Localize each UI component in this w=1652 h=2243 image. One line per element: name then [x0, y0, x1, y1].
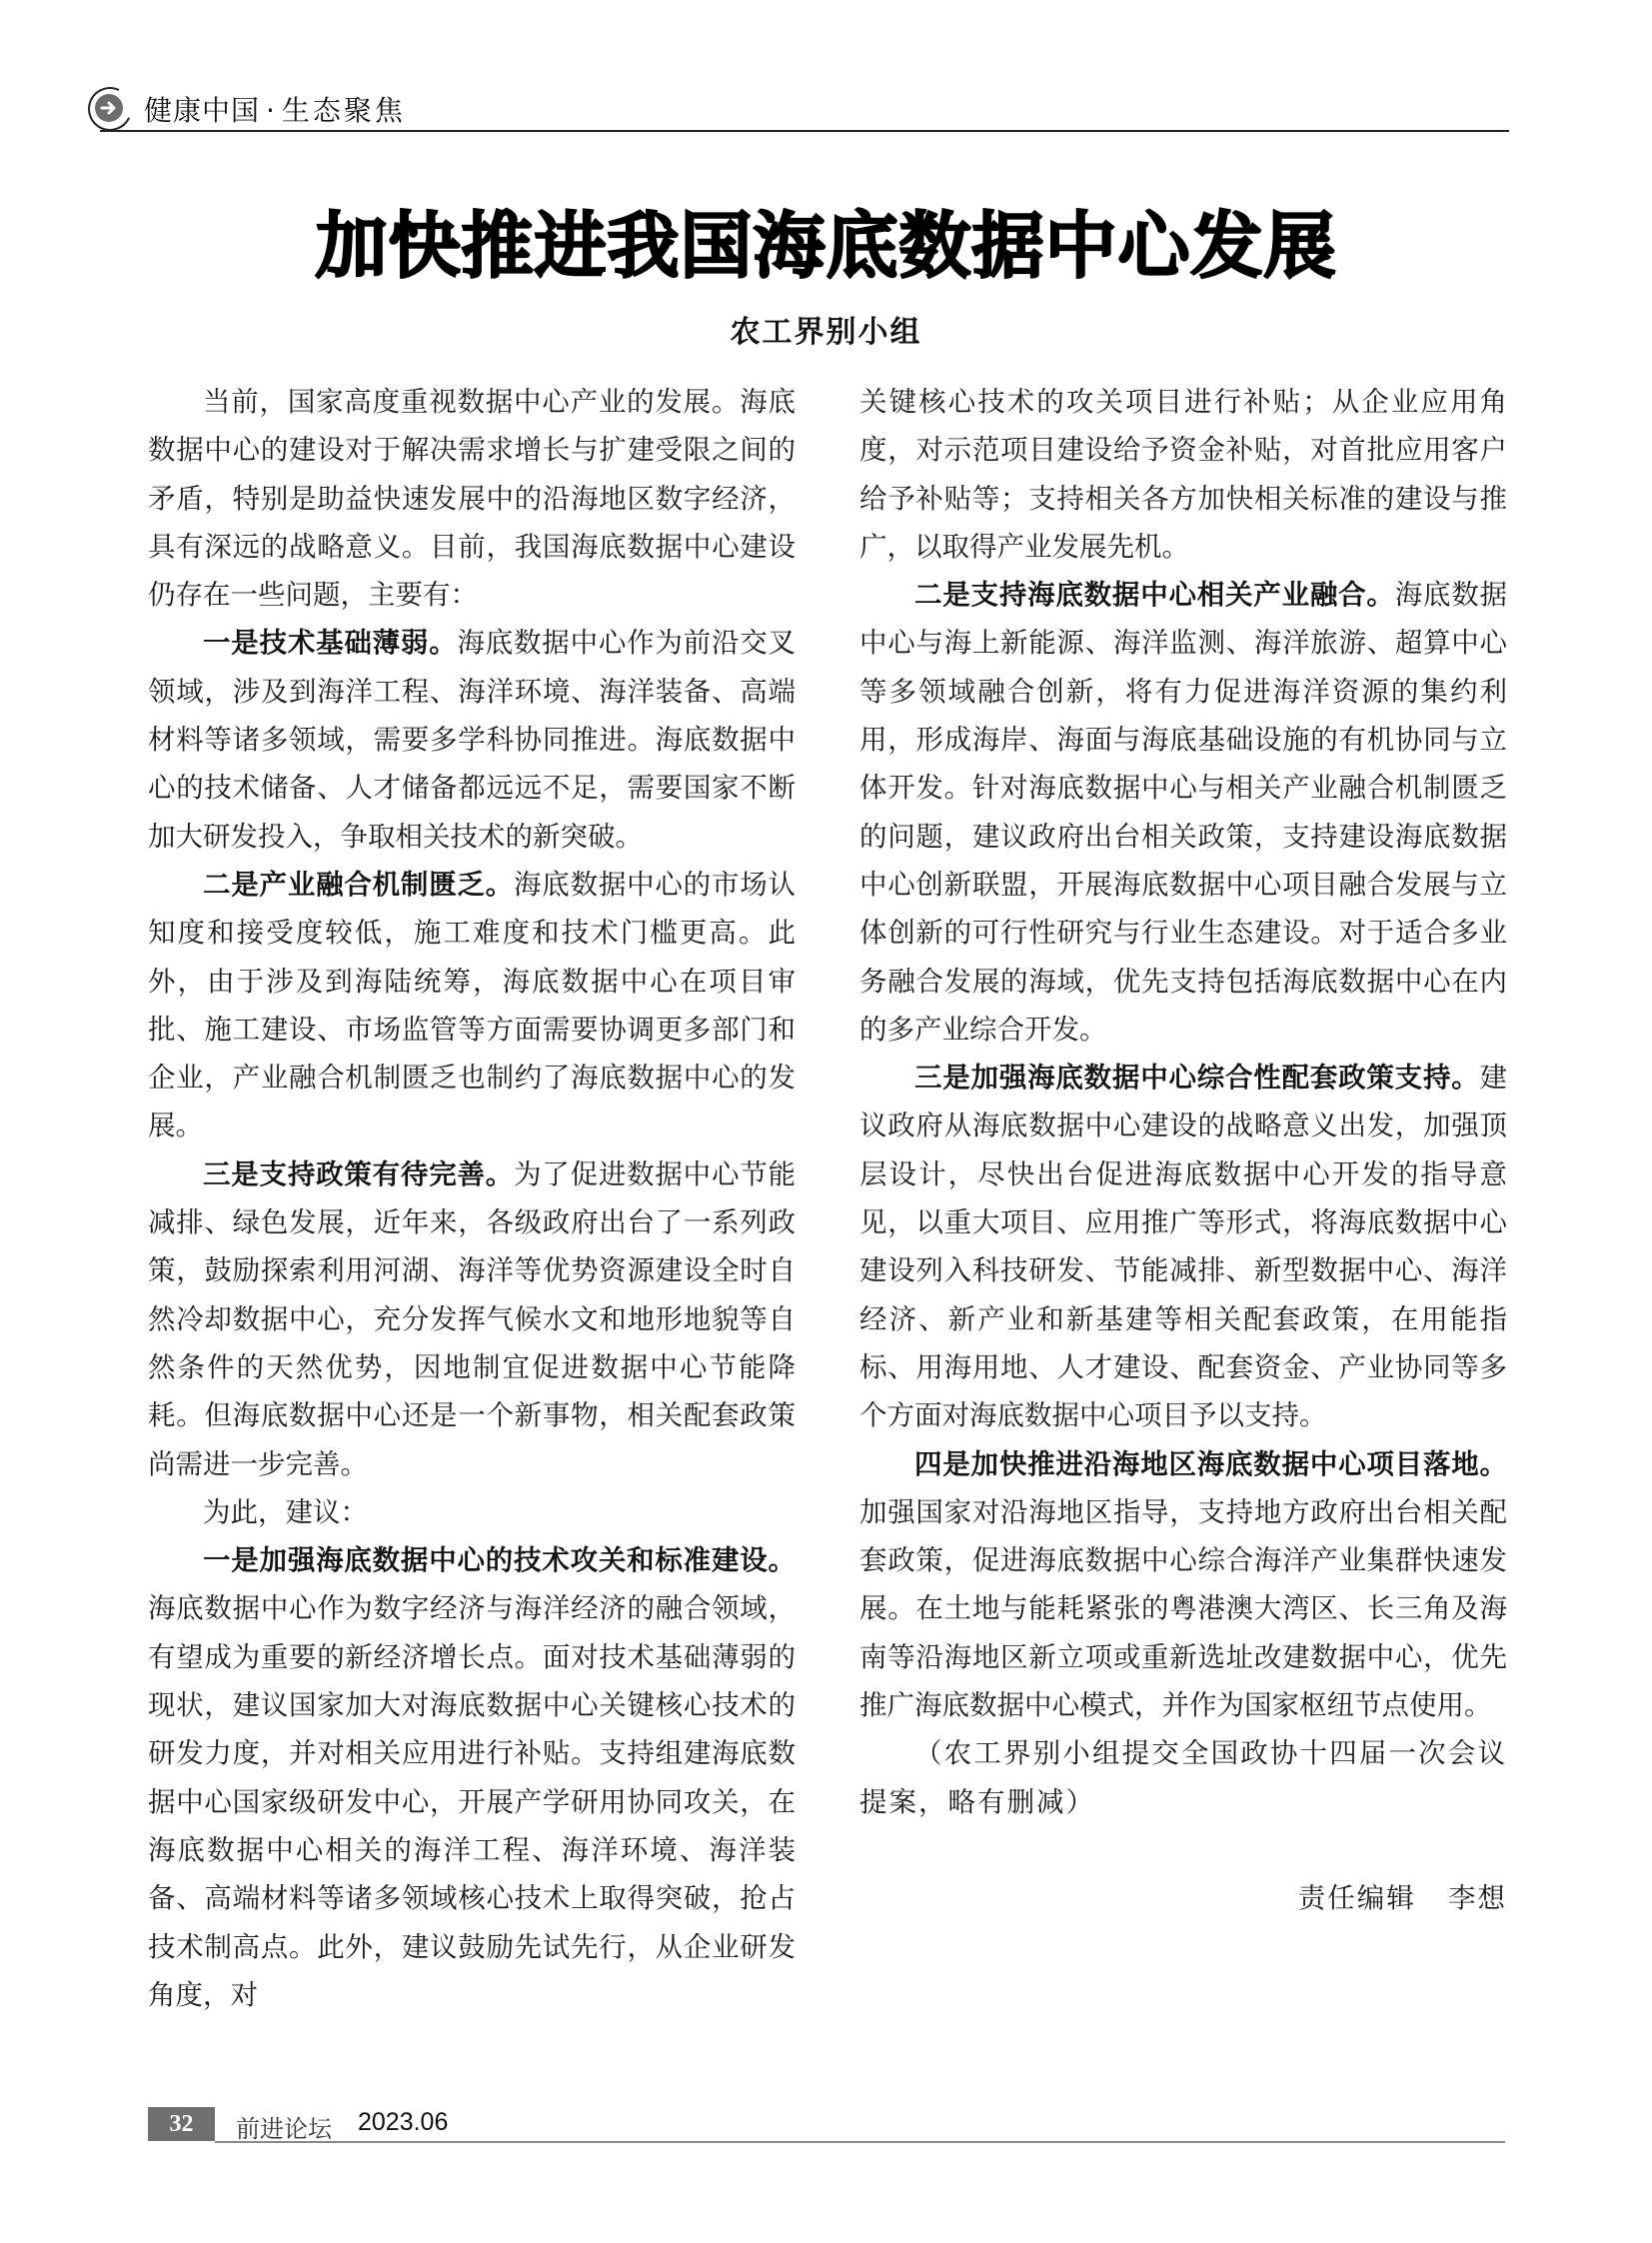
paragraph-lead: 一是技术基础薄弱。: [203, 627, 457, 659]
editor-label: 责任编辑: [1298, 1882, 1416, 1914]
paragraph-lead: 三是加强海底数据中心综合性配套政策支持。: [914, 1062, 1480, 1094]
running-header: 健康中国·生态聚焦: [86, 84, 1509, 134]
paragraph-text: 关键核心技术的攻关项目进行补贴；从企业应用角度，对示范项目建设给予资金补贴，对首…: [859, 386, 1507, 563]
paragraph-text: 海底数据中心与海上新能源、海洋监测、海洋旅游、超算中心等多领域融合创新，将有力促…: [859, 579, 1507, 1046]
paragraph-text: 海底数据中心作为数字经济与海洋经济的融合领域，有望成为重要的新经济增长点。面对技…: [148, 1592, 796, 2010]
paragraph: 一是加强海底数据中心的技术攻关和标准建设。海底数据中心作为数字经济与海洋经济的融…: [148, 1536, 796, 2019]
paragraph-text: 为了促进数据中心节能减排、绿色发展，近年来，各级政府出台了一系列政策，鼓励探索利…: [148, 1158, 796, 1480]
paragraph-text: 建议政府从海底数据中心建设的战略意义出发，加强顶层设计，尽快出台促进海底数据中心…: [859, 1062, 1507, 1431]
paragraph-text: 为此，建议：: [203, 1496, 368, 1528]
source-note: （农工界别小组提交全国政协十四届一次会议提案，略有删减）: [859, 1729, 1507, 1826]
right-column: 关键核心技术的攻关项目进行补贴；从企业应用角度，对示范项目建设给予资金补贴，对首…: [859, 378, 1507, 1922]
header-rule: [100, 130, 1509, 132]
paragraph-lead: 一是加强海底数据中心的技术攻关和标准建设。: [203, 1544, 796, 1576]
paragraph-lead: 四是加快推进沿海地区海底数据中心项目落地。: [914, 1448, 1507, 1480]
section-separator: ·: [266, 94, 276, 127]
article-title: 加快推进我国海底数据中心发展: [0, 188, 1652, 292]
paragraph: 当前，国家高度重视数据中心产业的发展。海底数据中心的建设对于解决需求增长与扩建受…: [148, 378, 796, 619]
paragraph: 四是加快推进沿海地区海底数据中心项目落地。加强国家对沿海地区指导，支持地方政府出…: [859, 1440, 1507, 1730]
page-footer: 32 前进论坛 2023.06: [148, 2107, 1505, 2143]
page-number: 32: [148, 2107, 215, 2141]
paragraph: 二是产业融合机制匮乏。海底数据中心的市场认知度和接受度较低，施工难度和技术门槛更…: [148, 861, 796, 1150]
paragraph-text: 当前，国家高度重视数据中心产业的发展。海底数据中心的建设对于解决需求增长与扩建受…: [148, 386, 796, 611]
paragraph: 一是技术基础薄弱。海底数据中心作为前沿交叉领域，涉及到海洋工程、海洋环境、海洋装…: [148, 619, 796, 860]
paragraph-text: 加强国家对沿海地区指导，支持地方政府出台相关配套政策，促进海底数据中心综合海洋产…: [859, 1496, 1507, 1721]
paragraph: 三是支持政策有待完善。为了促进数据中心节能减排、绿色发展，近年来，各级政府出台了…: [148, 1150, 796, 1488]
paragraph-lead: 二是支持海底数据中心相关产业融合。: [914, 579, 1395, 611]
paragraph-text: 海底数据中心作为前沿交叉领域，涉及到海洋工程、海洋环境、海洋装备、高端材料等诸多…: [148, 627, 796, 852]
paragraph: 二是支持海底数据中心相关产业融合。海底数据中心与海上新能源、海洋监测、海洋旅游、…: [859, 571, 1507, 1054]
paragraph-lead: 三是支持政策有待完善。: [203, 1158, 514, 1190]
section-label: 健康中国·生态聚焦: [144, 89, 406, 129]
editor-name: 李想: [1448, 1882, 1507, 1914]
paragraph-continued: 关键核心技术的攻关项目进行补贴；从企业应用角度，对示范项目建设给予资金补贴，对首…: [859, 378, 1507, 571]
paragraph: 为此，建议：: [148, 1488, 796, 1536]
subsection-name: 生态聚焦: [282, 94, 406, 127]
paragraph: 三是加强海底数据中心综合性配套政策支持。建议政府从海底数据中心建设的战略意义出发…: [859, 1054, 1507, 1439]
paragraph-lead: 二是产业融合机制匮乏。: [203, 869, 514, 901]
paragraph-text: 海底数据中心的市场认知度和接受度较低，施工难度和技术门槛更高。此外，由于涉及到海…: [148, 869, 796, 1141]
publication-name: 前进论坛: [236, 2109, 332, 2144]
arrow-right-circle-icon: [95, 94, 123, 122]
article-author: 农工界别小组: [0, 307, 1652, 351]
left-column: 当前，国家高度重视数据中心产业的发展。海底数据中心的建设对于解决需求增长与扩建受…: [148, 378, 796, 2019]
footer-rule: [215, 2141, 1505, 2143]
section-name: 健康中国: [144, 94, 260, 127]
editor-credit: 责任编辑 李想: [859, 1874, 1507, 1922]
issue-date: 2023.06: [358, 2108, 448, 2137]
